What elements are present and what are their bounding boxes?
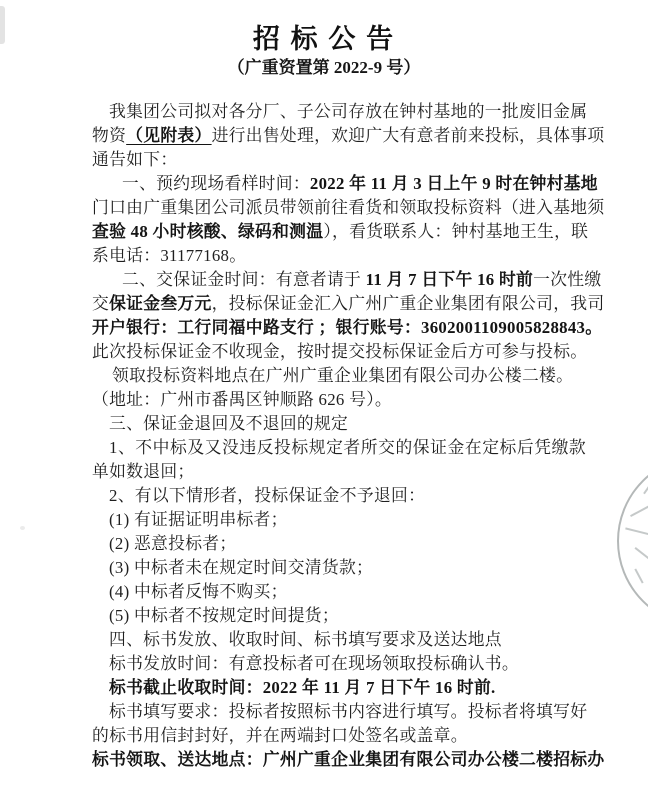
text-segment: (3) 中标者未在规定时间交清货款； bbox=[109, 558, 373, 577]
text-segment: 标书截止收取时间：2022 年 11 月 7 日下午 16 时前. bbox=[109, 678, 496, 697]
text-segment: 三、保证金退回及不退回的规定 bbox=[109, 414, 348, 433]
text-segment: ），看货联系人：钟村基地王生，联 bbox=[323, 222, 588, 241]
text-segment: 11 月 7 日下午 16 时前 bbox=[366, 270, 534, 289]
text-line: 2、有以下情形者，投标保证金不予退回： bbox=[92, 484, 586, 508]
text-line: 此次投标保证金不收现金，按时提交投标保证金后方可参与投标。 bbox=[92, 340, 586, 364]
text-segment: 领取投标资料地点在广州广重企业集团有限公司办公楼二楼。 bbox=[112, 366, 573, 385]
document-body: 我集团公司拟对各分厂、子公司存放在钟村基地的一批废旧金属物资（见附表）进行出售处… bbox=[92, 100, 586, 772]
text-segment: 2、有以下情形者，投标保证金不予退回： bbox=[109, 486, 425, 505]
text-segment: （见附表） bbox=[126, 126, 211, 145]
text-segment: 交 bbox=[92, 294, 109, 313]
text-segment: 开户银行：工行同福中路支行 ；银行账号：3602001109005828843。 bbox=[92, 318, 602, 337]
text-segment: 一、预约现场看样时间： bbox=[122, 174, 310, 193]
text-line: (3) 中标者未在规定时间交清货款； bbox=[92, 556, 586, 580]
text-line: 交保证金叁万元，投标保证金汇入广州广重企业集团有限公司，我司 bbox=[92, 292, 586, 316]
text-segment: 保证金叁万元 bbox=[109, 294, 212, 313]
text-line: 标书填写要求：投标者按照标书内容进行填写。投标者将填写好 bbox=[92, 700, 586, 724]
text-segment: 一次性缴 bbox=[533, 270, 601, 289]
text-line: (4) 中标者反悔不购买； bbox=[92, 580, 586, 604]
text-line: 一、预约现场看样时间：2022 年 11 月 3 日上午 9 时在钟村基地 bbox=[92, 172, 586, 196]
text-segment: 2022 年 11 月 3 日上午 9 时在钟村基地 bbox=[310, 174, 598, 193]
text-line: 的标书用信封封好，并在两端封口处签名或盖章。 bbox=[92, 724, 586, 748]
text-line: 二、交保证金时间：有意者请于 11 月 7 日下午 16 时前一次性缴 bbox=[92, 268, 586, 292]
doc-number: （广重资置第 2022-9 号） bbox=[0, 53, 648, 78]
text-line: 标书截止收取时间：2022 年 11 月 7 日下午 16 时前. bbox=[92, 676, 586, 700]
text-segment: 1、不中标及又没违反投标规定者所交的保证金在定标后凭缴款 bbox=[109, 438, 586, 457]
text-line: 标书发放时间：有意投标者可在现场领取投标确认书。 bbox=[92, 652, 586, 676]
text-line: 单如数退回； bbox=[92, 460, 586, 484]
text-segment: 标书发放时间：有意投标者可在现场领取投标确认书。 bbox=[109, 654, 519, 673]
text-line: (1) 有证据证明串标者； bbox=[92, 508, 586, 532]
text-line: 开户银行：工行同福中路支行 ；银行账号：3602001109005828843。 bbox=[92, 316, 586, 340]
seal-stroke bbox=[634, 568, 643, 583]
text-segment: 二、交保证金时间：有意者请于 bbox=[122, 270, 366, 289]
text-segment: (4) 中标者反悔不购买； bbox=[109, 582, 288, 601]
scanned-document-page: 招 标 公 告 （广重资置第 2022-9 号） 我集团公司拟对各分厂、子公司存… bbox=[0, 0, 648, 800]
text-segment: 此次投标保证金不收现金，按时提交投标保证金后方可参与投标。 bbox=[92, 342, 587, 361]
text-line: （地址：广州市番禺区钟顺路 626 号）。 bbox=[92, 388, 586, 412]
text-segment: (5) 中标者不按规定时间提货； bbox=[109, 606, 339, 625]
text-segment: 通告如下： bbox=[92, 150, 177, 169]
text-segment: 系电话：31177168。 bbox=[92, 246, 246, 265]
text-line: 四、标书发放、收取时间、标书填写要求及送达地点 bbox=[92, 628, 586, 652]
text-segment: 标书填写要求：投标者按照标书内容进行填写。投标者将填写好 bbox=[109, 702, 587, 721]
text-segment: 进行出售处理，欢迎广大有意者前来投标，具体事项 bbox=[212, 126, 605, 145]
scan-artifact-speck bbox=[20, 526, 25, 530]
text-line: 门口由广重集团公司派员带领前往看货和领取投标资料（进入基地须 bbox=[92, 196, 586, 220]
text-line: 标书领取、送达地点：广州广重企业集团有限公司办公楼二楼招标办 bbox=[92, 748, 586, 772]
text-segment: 的标书用信封封好，并在两端封口处签名或盖章。 bbox=[92, 726, 468, 745]
text-line: 三、保证金退回及不退回的规定 bbox=[92, 412, 586, 436]
text-line: 查验 48 小时核酸、绿码和测温），看货联系人：钟村基地王生，联 bbox=[92, 220, 586, 244]
text-line: 我集团公司拟对各分厂、子公司存放在钟村基地的一批废旧金属 bbox=[92, 100, 586, 124]
text-line: (5) 中标者不按规定时间提货； bbox=[92, 604, 586, 628]
text-line: 领取投标资料地点在广州广重企业集团有限公司办公楼二楼。 bbox=[92, 364, 586, 388]
company-seal-stamp bbox=[617, 455, 648, 627]
text-line: 通告如下： bbox=[92, 148, 586, 172]
page-title: 招 标 公 告 bbox=[0, 17, 648, 56]
seal-stroke bbox=[635, 547, 648, 561]
text-segment: 我集团公司拟对各分厂、子公司存放在钟村基地的一批废旧金属 bbox=[109, 102, 587, 121]
text-line: (2) 恶意投标者； bbox=[92, 532, 586, 556]
text-line: 1、不中标及又没违反投标规定者所交的保证金在定标后凭缴款 bbox=[92, 436, 586, 460]
seal-stroke bbox=[625, 527, 648, 536]
text-segment: ，投标保证金汇入广州广重企业集团有限公司，我司 bbox=[212, 294, 605, 313]
text-segment: 物资 bbox=[92, 126, 126, 145]
text-segment: 门口由广重集团公司派员带领前往看货和领取投标资料（进入基地须 bbox=[92, 198, 604, 217]
text-line: 系电话：31177168。 bbox=[92, 244, 586, 268]
text-segment: 标书领取、送达地点：广州广重企业集团有限公司办公楼二楼招标办 bbox=[92, 750, 604, 769]
text-segment: (2) 恶意投标者； bbox=[109, 534, 236, 553]
text-line: 物资（见附表）进行出售处理，欢迎广大有意者前来投标，具体事项 bbox=[92, 124, 586, 148]
seal-stroke bbox=[643, 482, 648, 495]
text-segment: （地址：广州市番禺区钟顺路 626 号）。 bbox=[92, 390, 392, 409]
text-segment: 四、标书发放、收取时间、标书填写要求及送达地点 bbox=[109, 630, 502, 649]
text-segment: 查验 48 小时核酸、绿码和测温 bbox=[92, 222, 323, 241]
seal-stroke bbox=[630, 503, 648, 517]
text-segment: 单如数退回； bbox=[92, 462, 195, 481]
text-segment: (1) 有证据证明串标者； bbox=[109, 510, 288, 529]
